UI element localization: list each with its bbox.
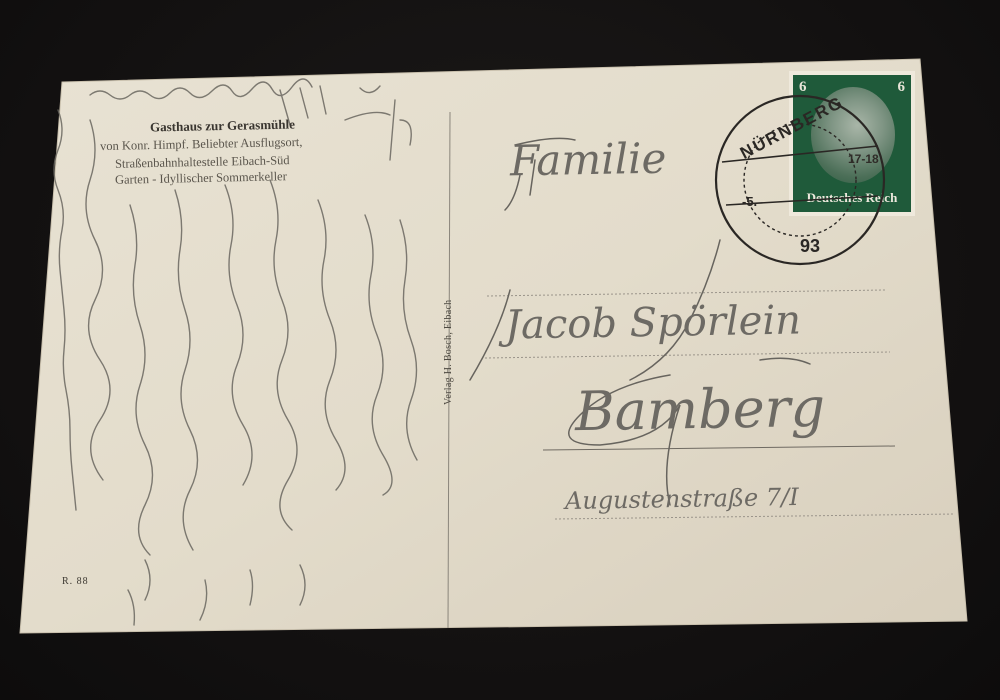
address-line-4: Augustenstraße 7/I [565,483,799,515]
publisher-imprint: Verlag H. Bosch, Eibach [443,300,454,405]
stamp-denomination-left: 6 [799,79,807,96]
postmark-time: 17-18 [848,152,879,166]
postmark-date: -5. [742,194,757,209]
address-line-3: Bamberg [574,376,825,443]
stamp-country: Deutsches Reich [793,190,911,206]
postmark-office-number: 93 [800,236,820,257]
postage-stamp: 6 6 Deutsches Reich [793,75,911,212]
address-line-1: Familie [510,134,667,186]
address-line-2: Jacob Spörlein [505,297,802,348]
header-line-1: Gasthaus zur Gerasmühle [150,116,295,135]
stamp-denomination-right: 6 [898,79,906,96]
series-number: R. 88 [62,576,89,587]
